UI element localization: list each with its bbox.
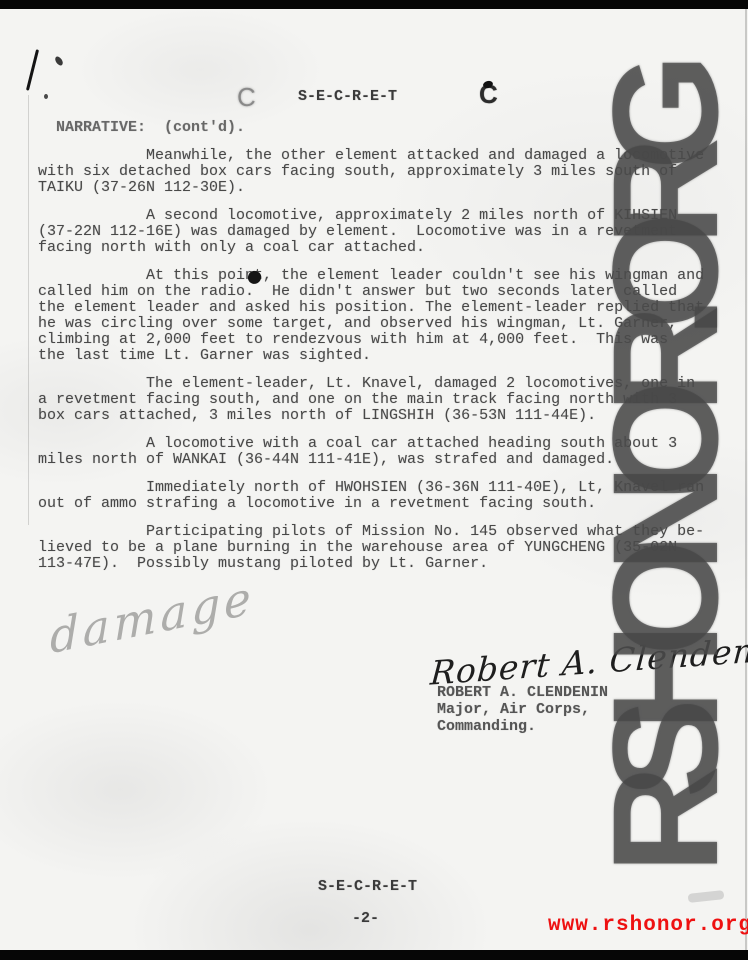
scan-edge-bar-top <box>0 0 748 9</box>
page-number: -2- <box>352 910 379 927</box>
scan-fold-line <box>28 95 29 525</box>
classification-banner-top: S-E-C-R-E-T <box>298 88 397 105</box>
watermark-url-text: www.rshonor.org <box>548 914 748 937</box>
pencil-mark-stroke <box>26 49 39 90</box>
document-page: C C S-E-C-R-E-T NARRATIVE: (cont'd). Mea… <box>0 0 748 960</box>
pencil-mark-dot <box>44 94 48 99</box>
scan-edge-bar-bottom <box>0 950 748 960</box>
pencil-mark-tick <box>54 55 65 67</box>
ink-smudge-left: C <box>237 82 256 113</box>
classification-banner-bottom: S-E-C-R-E-T <box>318 878 417 895</box>
handwritten-annotation: damage <box>49 570 255 665</box>
watermark-vertical-text: RSHONOR.ORG <box>585 70 745 890</box>
faint-smudge-bottom-right <box>688 890 725 903</box>
